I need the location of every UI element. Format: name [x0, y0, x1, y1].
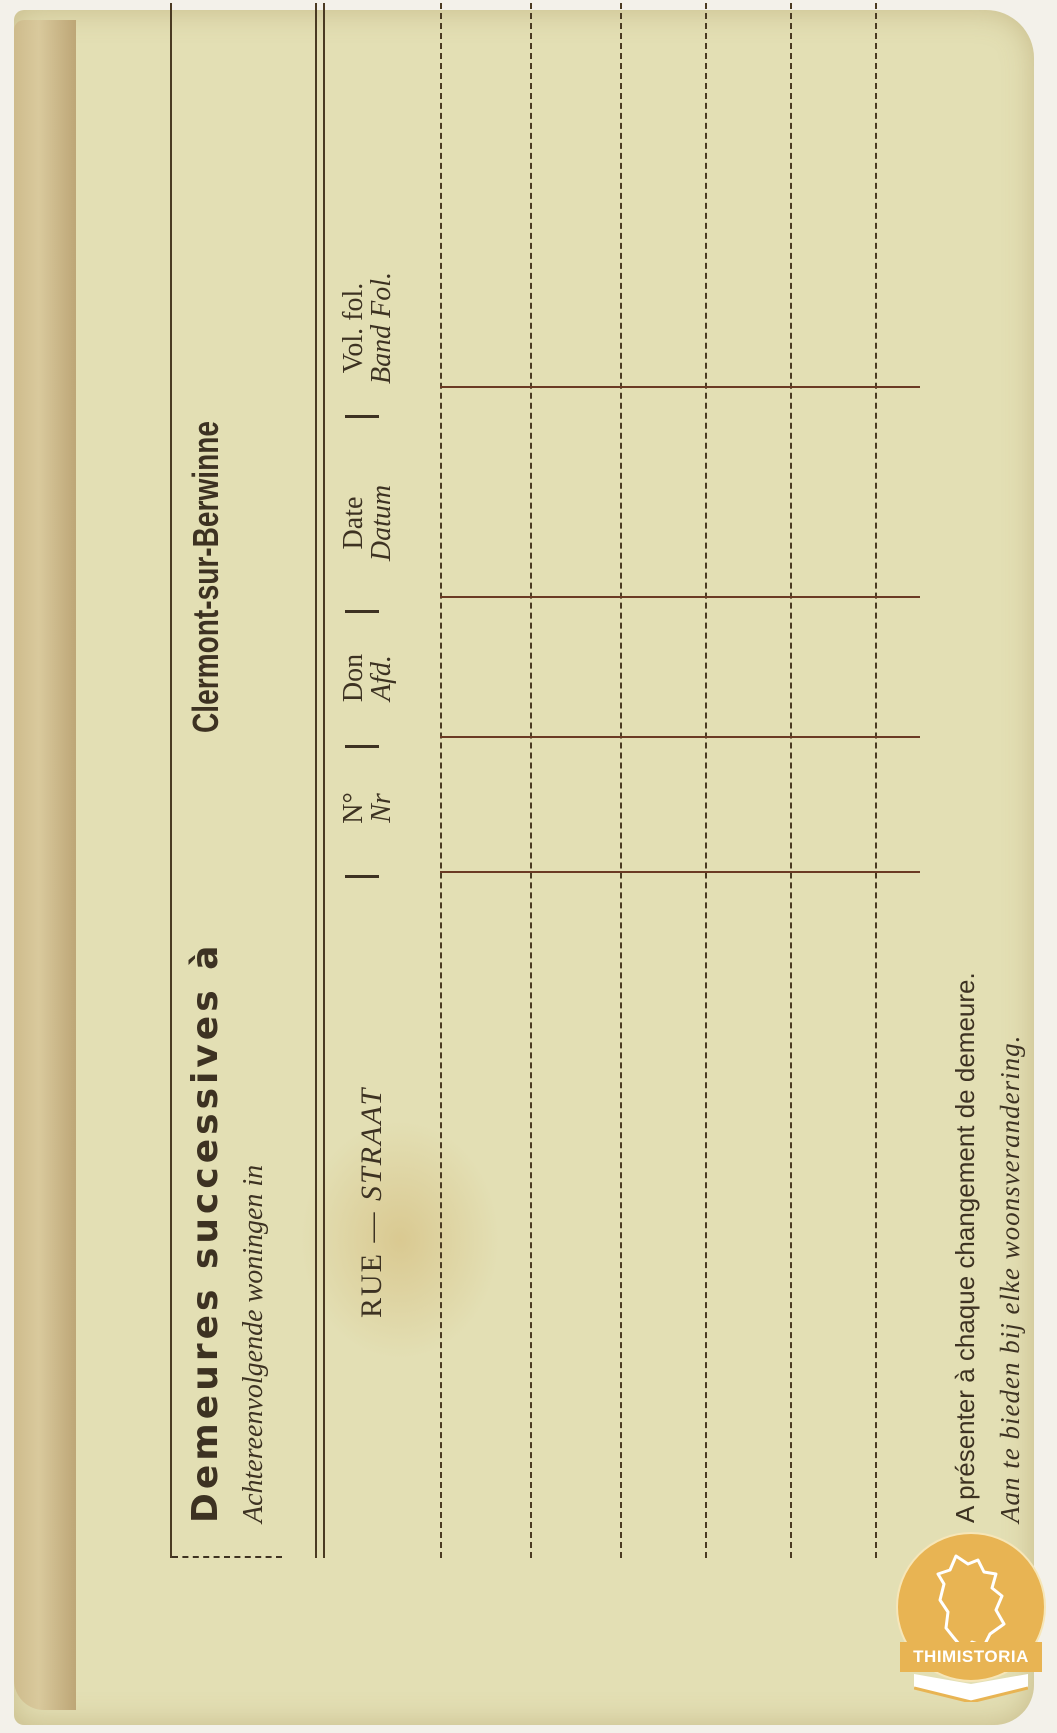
logo-label: THIMISTORIA — [900, 1642, 1042, 1672]
header-separator — [345, 745, 379, 748]
column-divider — [440, 871, 920, 873]
column-header-vol: Vol. fol. Band Fol. — [340, 263, 396, 393]
column-divider — [440, 596, 920, 598]
column-header-don: Don Afd. — [340, 643, 396, 713]
column-divider — [440, 736, 920, 738]
row-divider — [705, 3, 707, 1558]
header-separator — [345, 415, 379, 418]
table-top-rule-2 — [323, 3, 325, 1558]
row-divider — [790, 3, 792, 1558]
municipality-name: Clermont-sur-Berwinne — [185, 421, 227, 733]
footer-note-fr: A présenter à chaque changement de demeu… — [950, 972, 981, 1523]
row-divider — [530, 3, 532, 1558]
row-divider — [620, 3, 622, 1558]
column-divider — [440, 386, 920, 388]
thimistoria-logo: THIMISTORIA — [896, 1532, 1046, 1722]
column-header-no: N° Nr — [340, 783, 396, 833]
table-top-rule — [315, 3, 317, 1558]
header-separator — [345, 875, 379, 878]
row-divider — [440, 3, 442, 1558]
page-subtitle: Achtereenvolgende woningen in — [238, 1165, 270, 1523]
footer-note-nl: Aan te bieden bij elke woonsverandering. — [995, 1035, 1026, 1523]
column-header-rue: RUE — STRAAT — [355, 1087, 389, 1318]
column-header-date: Date Datum — [340, 463, 396, 583]
open-book-icon — [914, 1674, 1028, 1702]
header-separator — [345, 610, 379, 613]
outer-top-rule — [170, 3, 172, 1558]
page-title: Demeures successives à — [185, 942, 226, 1523]
row-divider — [875, 3, 877, 1558]
rotated-document-content: Demeures successives à Clermont-sur-Berw… — [0, 0, 1057, 1733]
outer-left-rule — [172, 1556, 282, 1558]
